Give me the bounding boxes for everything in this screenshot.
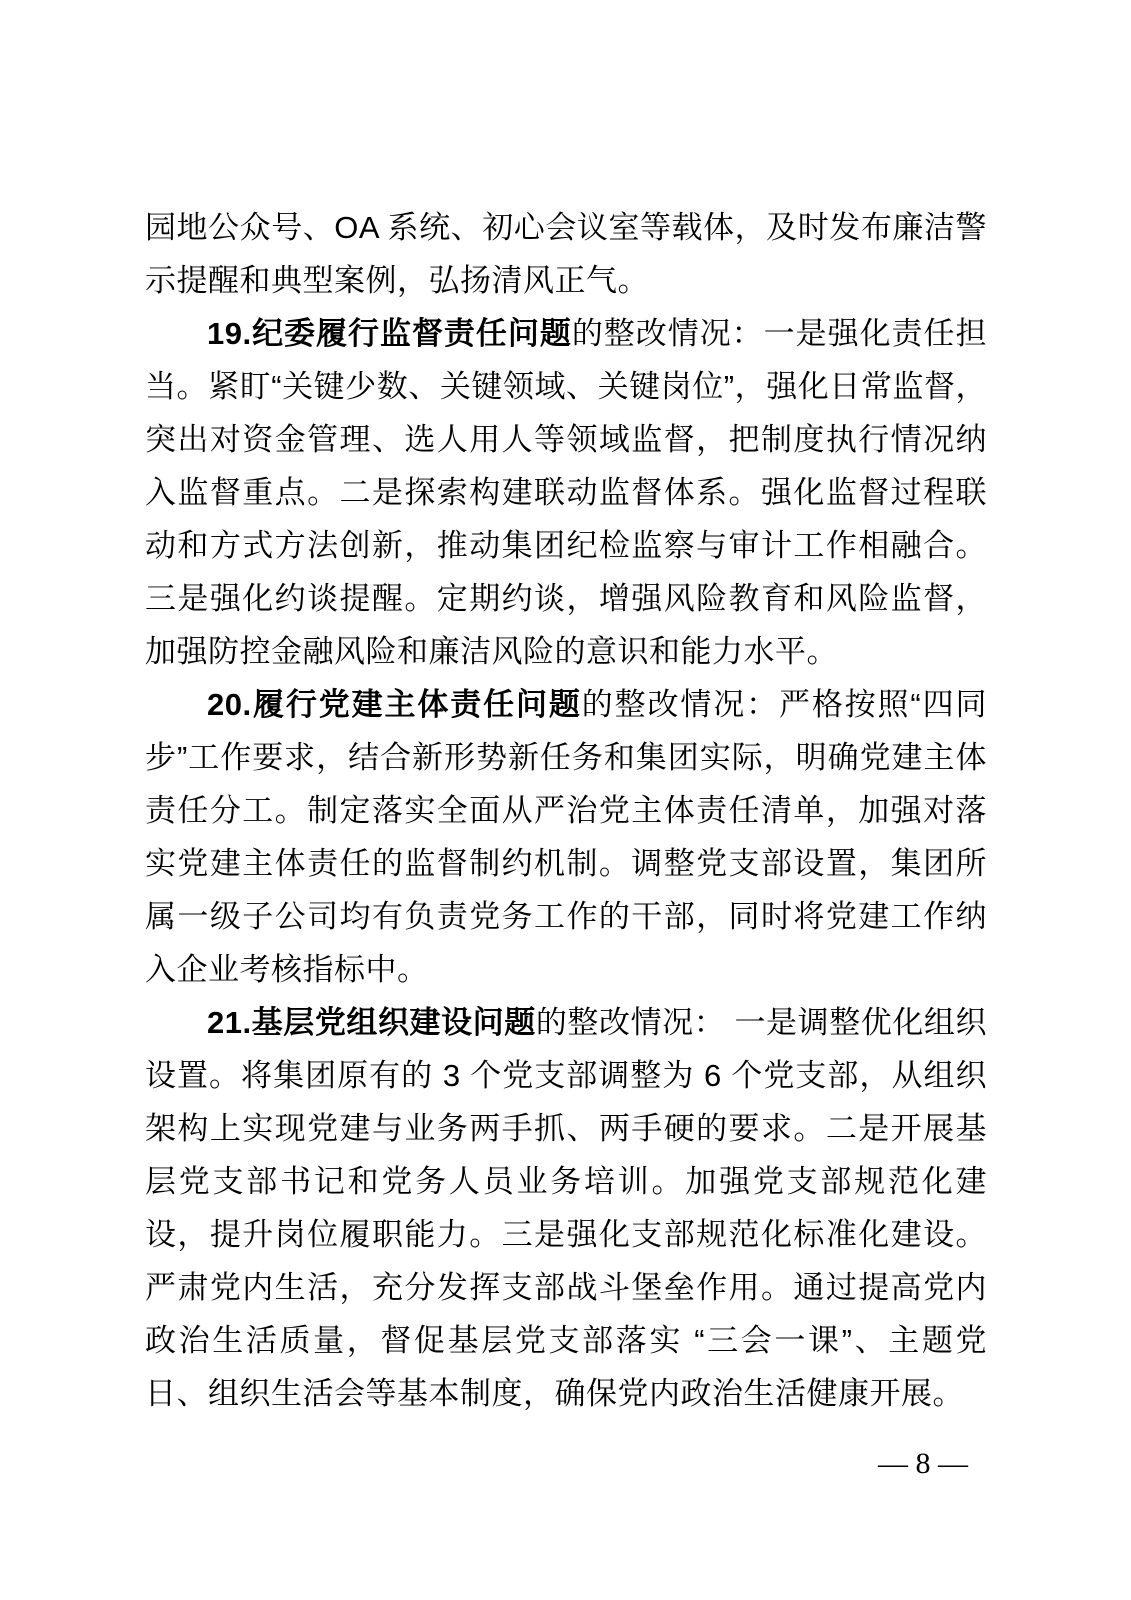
paragraph-text: 的整改情况： 一是调整优化组织设置。将集团原有的 3 个党支部调整为 6 个党支… — [145, 1005, 987, 1411]
paragraph-continuation: 园地公众号、OA 系统、初心会议室等载体，及时发布廉洁警示提醒和典型案例，弘扬清… — [145, 201, 987, 307]
page-footer: — 8 — — [878, 1448, 968, 1480]
paragraph-text: 的整改情况：严格按照“四同步”工作要求，结合新形势新任务和集团实际，明确党建主体… — [145, 687, 987, 987]
paragraph-item-20: 20.履行党建主体责任问题的整改情况：严格按照“四同步”工作要求，结合新形势新任… — [145, 678, 987, 996]
paragraph-lead: 20.履行党建主体责任问题 — [207, 687, 582, 722]
document-page: 园地公众号、OA 系统、初心会议室等载体，及时发布廉洁警示提醒和典型案例，弘扬清… — [0, 0, 1131, 1600]
paragraph-text: 的整改情况：一是强化责任担当。紧盯“关键少数、关键领域、关键岗位”，强化日常监督… — [145, 316, 987, 669]
paragraph-lead: 19.纪委履行监督责任问题 — [207, 316, 572, 351]
paragraph-text: 园地公众号、OA 系统、初心会议室等载体，及时发布廉洁警示提醒和典型案例，弘扬清… — [145, 210, 987, 298]
document-body: 园地公众号、OA 系统、初心会议室等载体，及时发布廉洁警示提醒和典型案例，弘扬清… — [145, 201, 987, 1420]
paragraph-item-19: 19.纪委履行监督责任问题的整改情况：一是强化责任担当。紧盯“关键少数、关键领域… — [145, 307, 987, 678]
paragraph-item-21: 21.基层党组织建设问题的整改情况： 一是调整优化组织设置。将集团原有的 3 个… — [145, 996, 987, 1420]
page-number: — 8 — — [878, 1447, 968, 1480]
paragraph-lead: 21.基层党组织建设问题 — [207, 1005, 536, 1040]
